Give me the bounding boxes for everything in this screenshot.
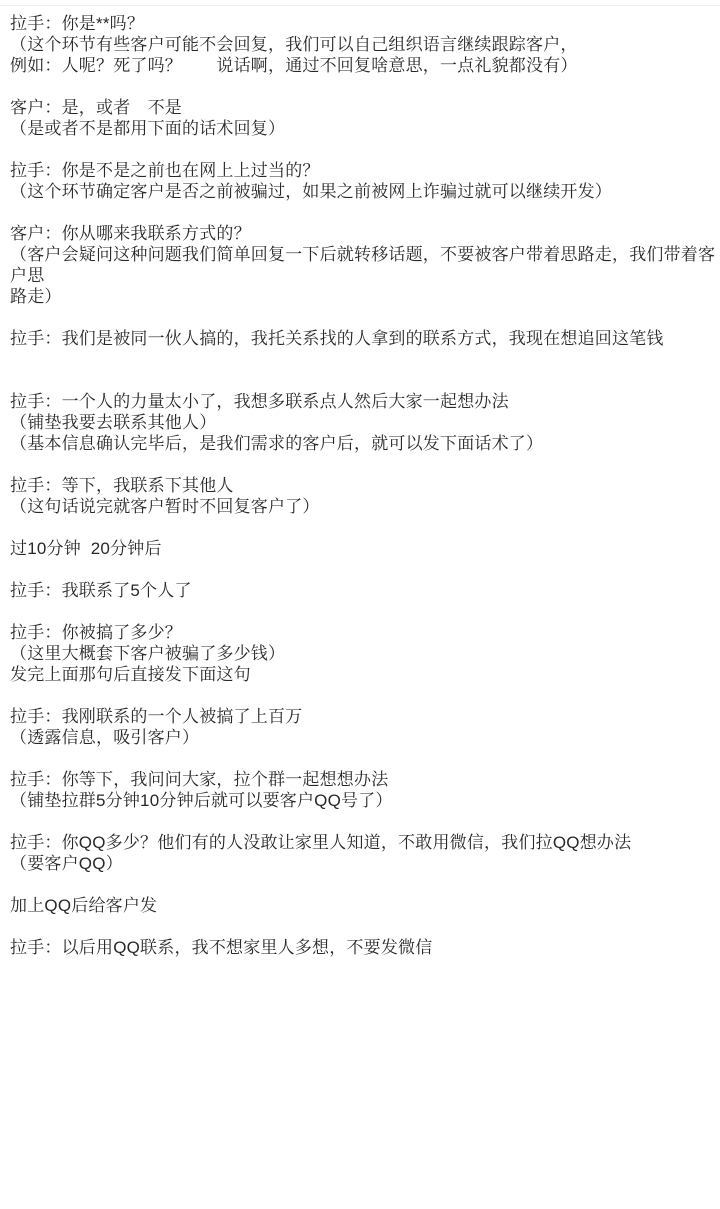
- text-line: （要客户QQ）: [10, 853, 716, 874]
- text-line: （铺垫我要去联系其他人）: [10, 412, 716, 433]
- text-line: （透露信息，吸引客户）: [10, 727, 716, 748]
- text-line: 拉手：等下，我联系下其他人: [10, 475, 716, 496]
- text-line: 拉手：我联系了5个人了: [10, 580, 716, 601]
- text-line: 路走）: [10, 286, 716, 307]
- text-line: 拉手：我刚联系的一个人被搞了上百万: [10, 706, 716, 727]
- text-line: （是或者不是都用下面的话术回复）: [10, 118, 716, 139]
- document-text: 拉手：你是**吗？（这个环节有些客户可能不会回复，我们可以自己组织语言继续跟踪客…: [10, 13, 716, 958]
- text-line: [10, 370, 716, 391]
- text-line: [10, 454, 716, 475]
- text-line: [10, 307, 716, 328]
- text-line: [10, 748, 716, 769]
- text-line: 发完上面那句后直接发下面这句: [10, 664, 716, 685]
- text-line: （这个环节有些客户可能不会回复，我们可以自己组织语言继续跟踪客户，: [10, 34, 716, 55]
- text-line: （铺垫拉群5分钟10分钟后就可以要客户QQ号了）: [10, 790, 716, 811]
- text-line: （这个环节确定客户是否之前被骗过，如果之前被网上诈骗过就可以继续开发）: [10, 181, 716, 202]
- text-line: [10, 601, 716, 622]
- text-line: （基本信息确认完毕后，是我们需求的客户后，就可以发下面话术了）: [10, 433, 716, 454]
- text-line: 过10分钟 20分钟后: [10, 538, 716, 559]
- text-line: [10, 559, 716, 580]
- text-line: 拉手：一个人的力量太小了，我想多联系点人然后大家一起想办法: [10, 391, 716, 412]
- top-edge-line: [0, 5, 720, 6]
- text-line: [10, 349, 716, 370]
- text-line: [10, 685, 716, 706]
- text-line: [10, 202, 716, 223]
- text-line: [10, 139, 716, 160]
- page: { "page": { "background_color": "#ffffff…: [0, 0, 720, 1209]
- text-line: [10, 874, 716, 895]
- text-line: 拉手：你是**吗？: [10, 13, 716, 34]
- text-line: [10, 76, 716, 97]
- text-line: 例如：人呢？死了吗？ 说话啊，通过不回复啥意思，一点礼貌都没有）: [10, 55, 716, 76]
- text-line: （客户会疑问这种问题我们简单回复一下后就转移话题，不要被客户带着思路走，我们带着…: [10, 244, 716, 286]
- text-line: 拉手：你被搞了多少？: [10, 622, 716, 643]
- text-line: 加上QQ后给客户发: [10, 895, 716, 916]
- text-line: [10, 916, 716, 937]
- text-line: 拉手：你QQ多少？他们有的人没敢让家里人知道，不敢用微信，我们拉QQ想办法: [10, 832, 716, 853]
- text-line: 拉手：你等下，我问问大家，拉个群一起想想办法: [10, 769, 716, 790]
- text-line: [10, 811, 716, 832]
- text-line: 客户：你从哪来我联系方式的？: [10, 223, 716, 244]
- text-line: [10, 517, 716, 538]
- text-line: 拉手：以后用QQ联系，我不想家里人多想，不要发微信: [10, 937, 716, 958]
- text-line: 客户：是，或者 不是: [10, 97, 716, 118]
- text-line: 拉手：你是不是之前也在网上上过当的？: [10, 160, 716, 181]
- text-line: 拉手：我们是被同一伙人搞的，我托关系找的人拿到的联系方式，我现在想追回这笔钱: [10, 328, 716, 349]
- text-line: （这里大概套下客户被骗了多少钱）: [10, 643, 716, 664]
- text-line: （这句话说完就客户暂时不回复客户了）: [10, 496, 716, 517]
